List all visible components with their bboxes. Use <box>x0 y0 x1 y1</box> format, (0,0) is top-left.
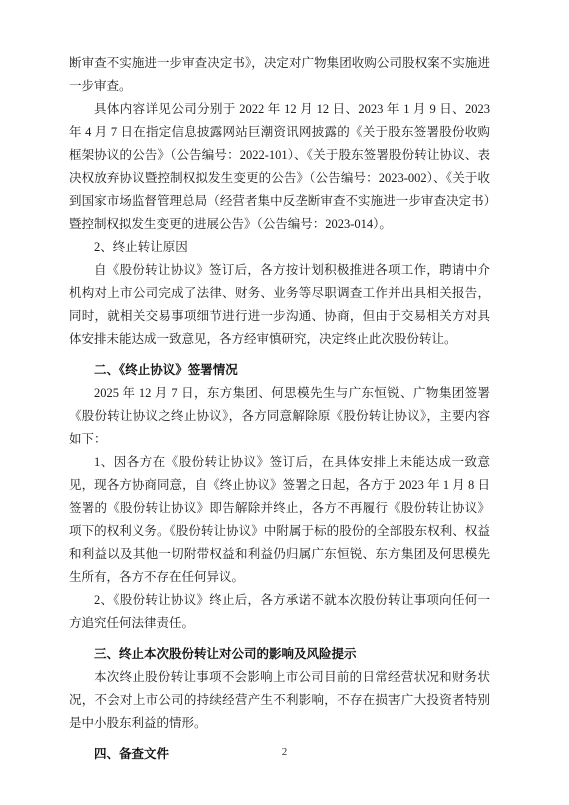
heading-impact-and-risk: 三、终止本次股份转让对公司的影响及风险提示 <box>69 643 490 666</box>
paragraph-termination-reason: 自《股份转让协议》签订后，各方按计划积极推进各项工作，聘请中介机构对上市公司完成… <box>69 259 490 351</box>
subitem-agreement-release: 1、因各方在《股份转让协议》签订后，在具体安排上未能达成一致意见，现各方协商同意… <box>69 451 490 589</box>
document-page: 断审查不实施进一步审查决定书》，决定对广物集团收购公司股权案不实施进一步审查。 … <box>0 0 569 805</box>
document-body: 断审查不实施进一步审查决定书》，决定对广物集团收购公司股权案不实施进一步审查。 … <box>69 52 490 766</box>
subitem-termination-reason-title: 2、终止转让原因 <box>69 236 490 259</box>
page-number: 2 <box>282 746 288 758</box>
paragraph-impact: 本次终止股份转让事项不会影响上市公司目前的日常经营状况和财务状况，不会对上市公司… <box>69 666 490 735</box>
subitem-no-legal-liability: 2、《股份转让协议》终止后，各方承诺不就本次股份转让事项向任何一方追究任何法律责… <box>69 589 490 635</box>
paragraph-antitrust-decision-continuation: 断审查不实施进一步审查决定书》，决定对广物集团收购公司股权案不实施进一步审查。 <box>69 52 490 98</box>
heading-termination-agreement-signing: 二、《终止协议》签署情况 <box>69 359 490 382</box>
paragraph-agreement-signing: 2025 年 12 月 7 日，东方集团、何思模先生与广东恒锐、广物集团签署《股… <box>69 382 490 451</box>
paragraph-disclosure-announcements: 具体内容详见公司分别于 2022 年 12 月 12 日、2023 年 1 月 … <box>69 98 490 236</box>
page-footer: 2 <box>0 746 569 758</box>
